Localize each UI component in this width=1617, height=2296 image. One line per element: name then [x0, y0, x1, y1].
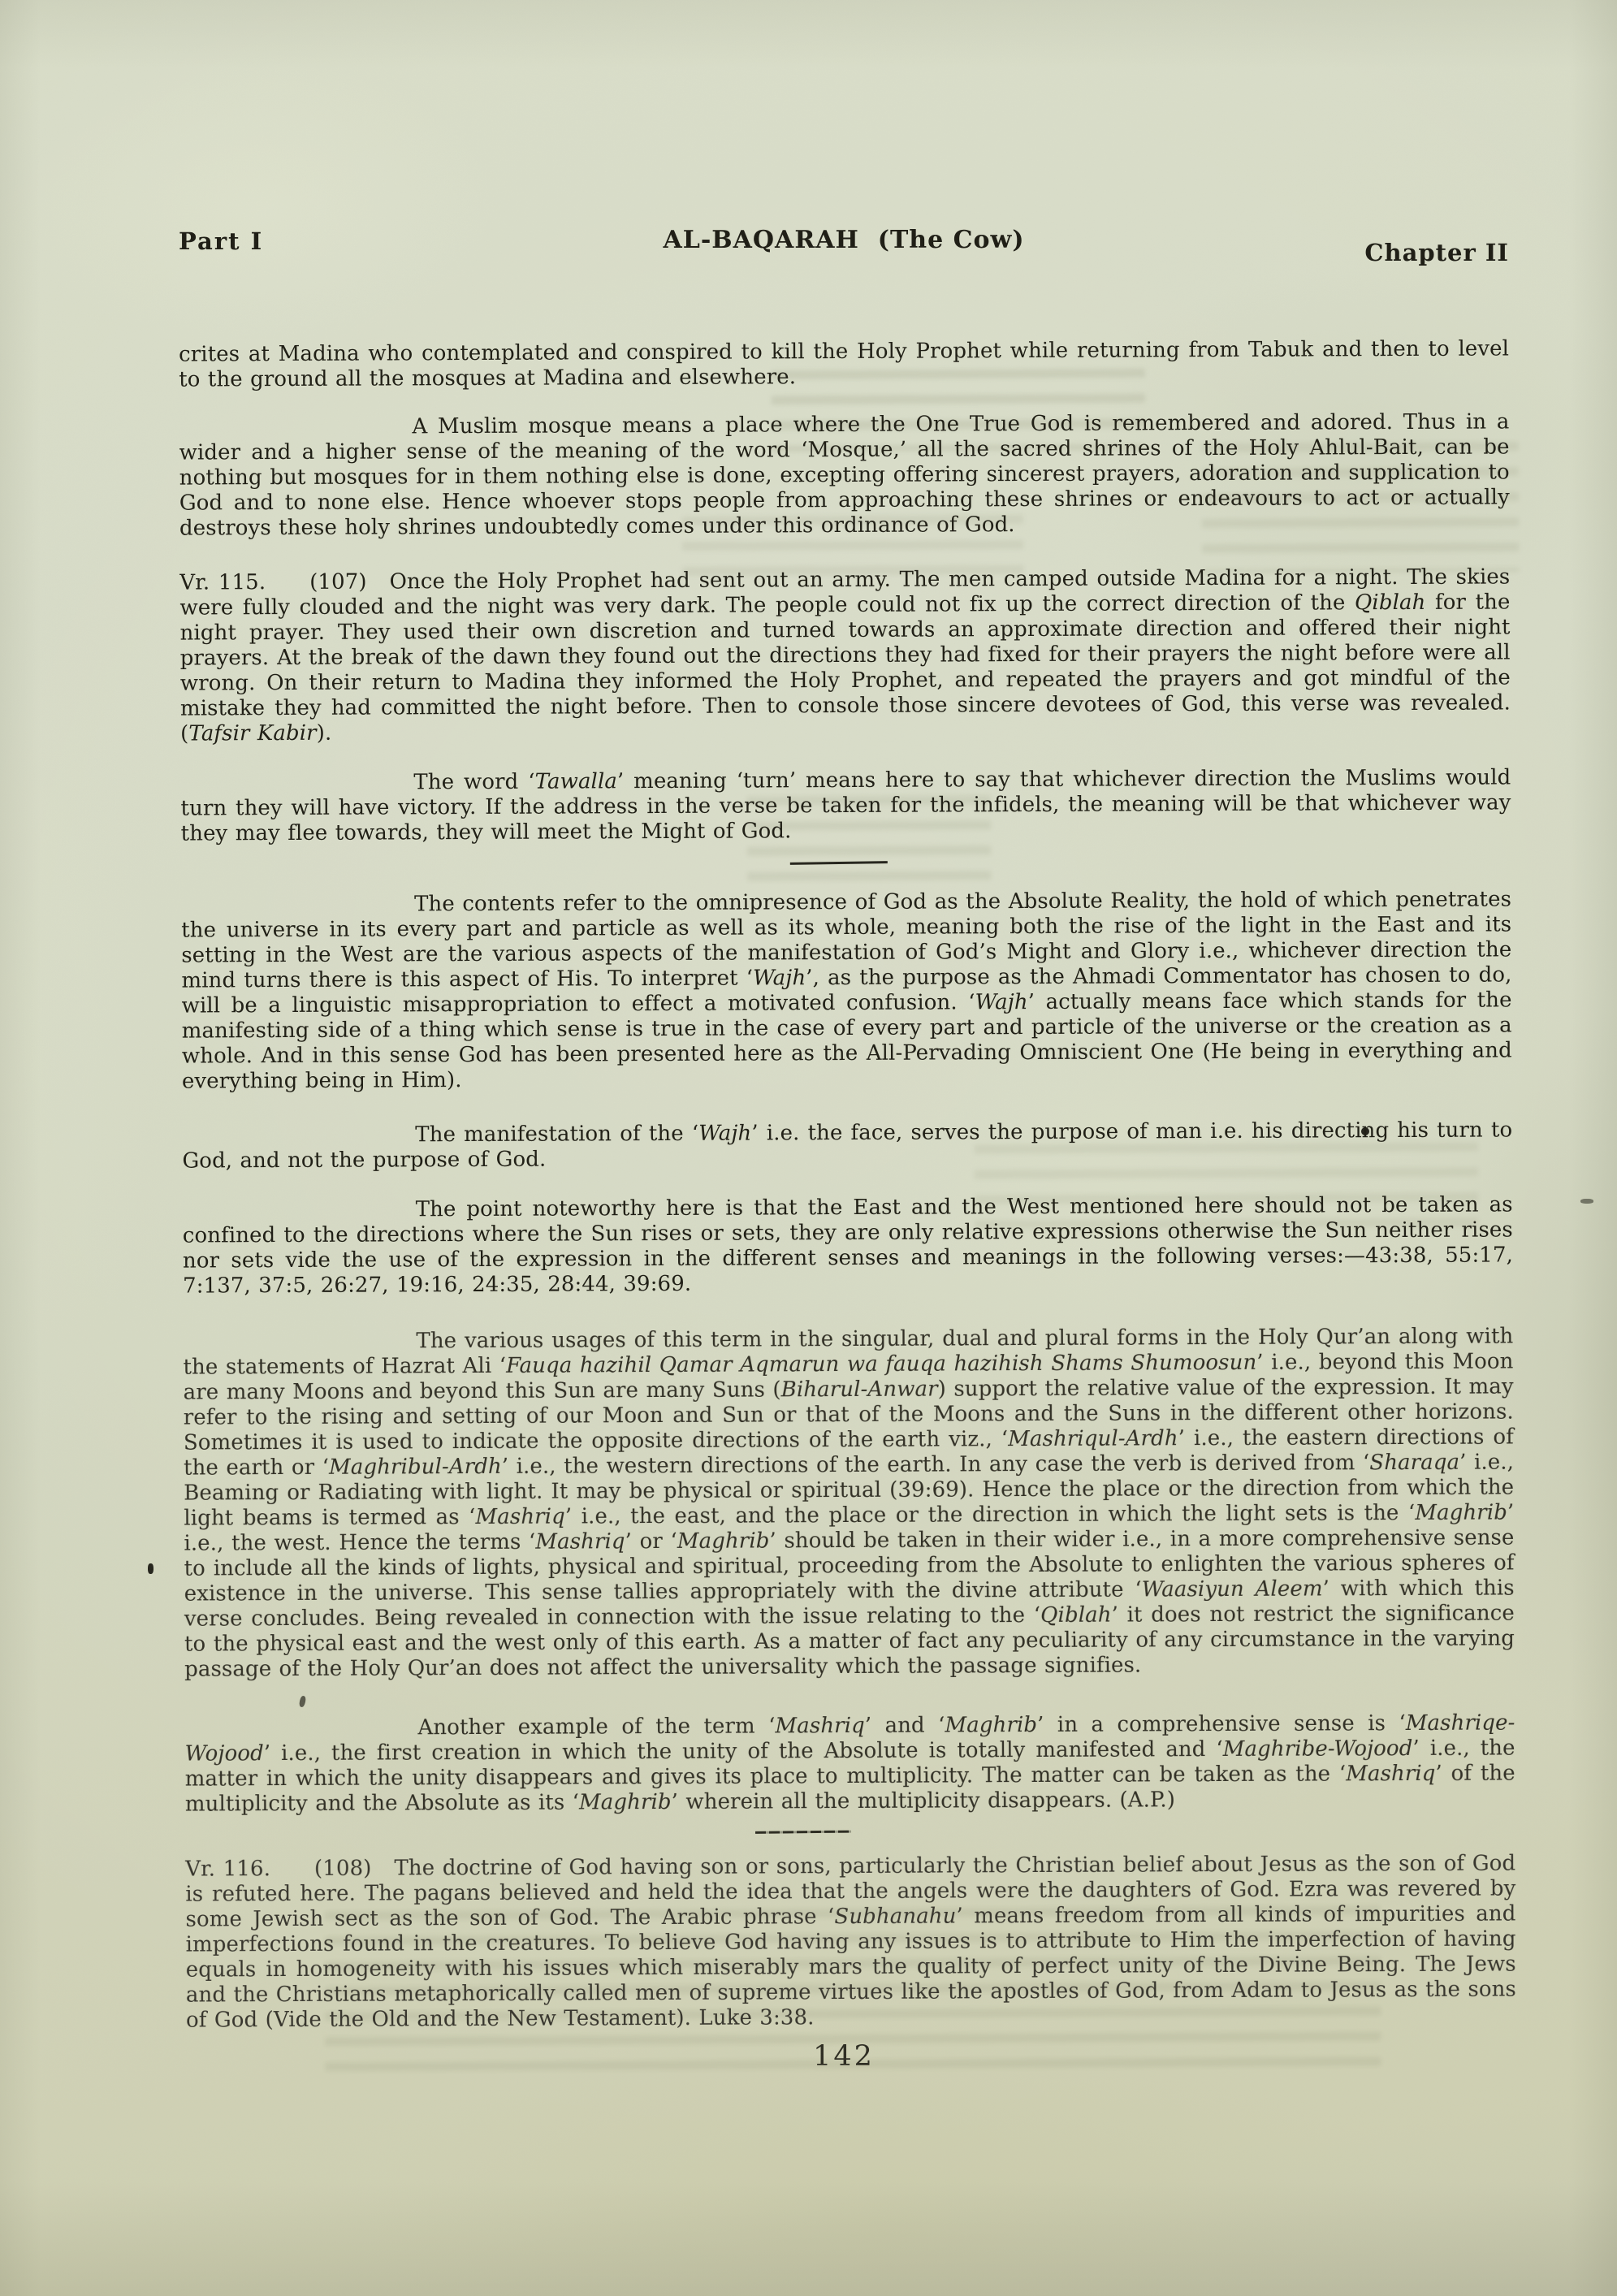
ink-speck — [148, 1563, 153, 1574]
paragraph-usages: The various usages of this term in the s… — [183, 1324, 1515, 1682]
page-number: 142 — [179, 2040, 1509, 2073]
paragraph-east-west: The point noteworthy here is that the Ea… — [183, 1192, 1514, 1299]
chapter-label: Chapter II — [1364, 239, 1509, 266]
paragraph-contents: The contents refer to the omnipresence o… — [181, 887, 1512, 1094]
paragraph-another-example: Another example of the term ‘Mashriq’ an… — [184, 1710, 1515, 1817]
verse-text: The doctrine of God having son or sons, … — [185, 1851, 1516, 2032]
verse-number: (108) — [314, 1857, 372, 1881]
paragraph-mosque: A Muslim mosque means a place where the … — [179, 409, 1510, 541]
page-header: Part I AL-BAQARAH (The Cow) Chapter II — [179, 221, 1509, 270]
paragraph-manifestation: The manifestation of the ‘Wajh’ i.e. the… — [182, 1118, 1512, 1174]
section-divider — [755, 1831, 851, 1834]
verse-paragraph-116: Vr. 116.(108)The doctrine of God having … — [185, 1851, 1516, 2033]
verse-text: Once the Holy Prophet had sent out an ar… — [179, 564, 1511, 746]
section-divider — [790, 861, 888, 865]
paragraph-tawalla: The word ‘Tawalla’ meaning ‘turn’ means … — [180, 765, 1511, 846]
verse-label: Vr. 116. — [185, 1857, 270, 1881]
text-column: crites at Madina who contemplated and co… — [179, 336, 1516, 2033]
part-label: Part I — [179, 227, 263, 255]
scanned-book-page: Part I AL-BAQARAH (The Cow) Chapter II c… — [0, 0, 1617, 2296]
verse-number: (107) — [309, 570, 367, 595]
continued-paragraph: crites at Madina who contemplated and co… — [179, 336, 1509, 392]
ink-speck — [1580, 1199, 1593, 1204]
page-title: AL-BAQARAH (The Cow) — [663, 226, 1024, 254]
verse-label: Vr. 115. — [179, 570, 266, 595]
verse-paragraph-115: Vr. 115.(107)Once the Holy Prophet had s… — [179, 564, 1511, 746]
